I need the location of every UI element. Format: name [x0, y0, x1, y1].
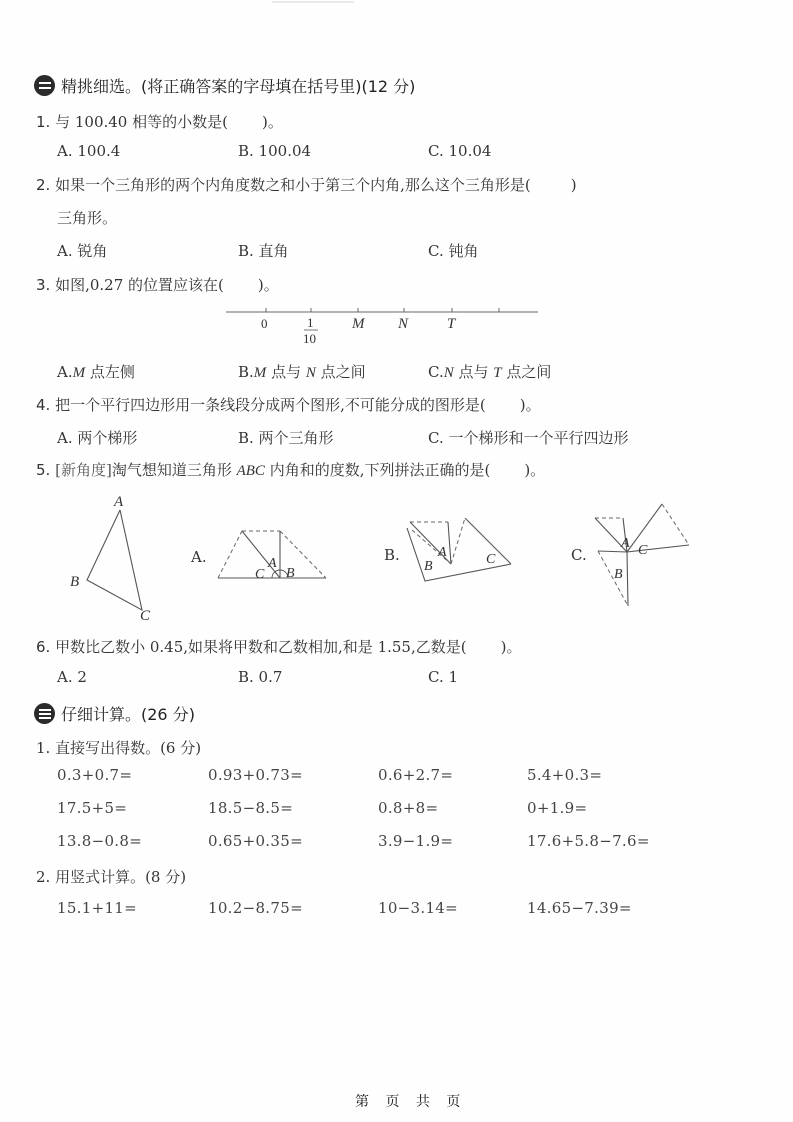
question-6: 6. 甲数比乙数小 0.45,如果将甲数和乙数相加,和是 1.55,乙数是()。	[36, 636, 521, 657]
q6-option-a[interactable]: A. 2	[57, 668, 87, 686]
section-2-title: 精挑细选。(将正确答案的字母填在括号里)(12 分)	[61, 74, 415, 97]
q5-option-b-figure[interactable]: A B C	[400, 518, 520, 588]
q5-option-c-figure[interactable]: A C B	[590, 500, 700, 610]
subsection-2-title: 2. 用竖式计算。(8 分)	[36, 866, 186, 887]
point-label-n: N	[397, 316, 409, 332]
tick-label-0: 0	[261, 316, 268, 331]
q5-option-b-label[interactable]: B.	[384, 546, 400, 564]
question-2-text: 如果一个三角形的两个内角度数之和小于第三个内角,那么这个三角形是(	[55, 176, 531, 194]
calc-r1-c2[interactable]: 0.93+0.73=	[208, 766, 303, 784]
q5-option-c-label[interactable]: C.	[571, 546, 587, 564]
svg-text:B: B	[286, 566, 295, 581]
point-label-t: T	[447, 316, 457, 332]
vertical-calc-2[interactable]: 10.2−8.75=	[208, 899, 303, 917]
svg-text:A: A	[267, 556, 277, 571]
page-footer: 第 页 共 页	[355, 1091, 466, 1111]
question-3: 3. 如图,0.27 的位置应该在()。	[36, 274, 279, 295]
vertex-label-a: A	[113, 494, 124, 510]
svg-text:B: B	[424, 559, 433, 574]
scan-artifact-line	[272, 1, 354, 3]
new-angle-tag: [新角度]	[55, 461, 112, 479]
calc-r1-c3[interactable]: 0.6+2.7=	[378, 766, 453, 784]
subsection-1-title: 1. 直接写出得数。(6 分)	[36, 737, 201, 758]
question-1-text: 与 100.40 相等的小数是(	[55, 113, 228, 131]
vertical-calc-3[interactable]: 10−3.14=	[378, 899, 458, 917]
calc-r2-c4[interactable]: 0+1.9=	[527, 799, 587, 817]
calc-r2-c1[interactable]: 17.5+5=	[57, 799, 127, 817]
point-label-m: M	[351, 316, 366, 332]
vertex-label-c: C	[140, 608, 151, 624]
q1-option-a[interactable]: A. 100.4	[57, 142, 120, 160]
section-2-heading: 精挑细选。(将正确答案的字母填在括号里)(12 分)	[34, 74, 415, 97]
q6-option-c[interactable]: C. 1	[428, 668, 458, 686]
calc-r3-c3[interactable]: 3.9−1.9=	[378, 832, 453, 850]
svg-text:C: C	[638, 543, 648, 558]
calc-r2-c3[interactable]: 0.8+8=	[378, 799, 438, 817]
question-2: 2. 如果一个三角形的两个内角度数之和小于第三个内角,那么这个三角形是()	[36, 174, 577, 195]
q5-option-a-figure[interactable]: A C B	[210, 525, 335, 585]
calc-r3-c4[interactable]: 17.6+5.8−7.6=	[527, 832, 650, 850]
q4-option-a[interactable]: A. 两个梯形	[57, 427, 137, 448]
vertex-label-b: B	[70, 574, 79, 590]
section-3-heading: 仔细计算。(26 分)	[34, 702, 195, 725]
vertical-calc-1[interactable]: 15.1+11=	[57, 899, 137, 917]
calc-r3-c2[interactable]: 0.65+0.35=	[208, 832, 303, 850]
q6-option-b[interactable]: B. 0.7	[238, 668, 282, 686]
calc-r1-c4[interactable]: 5.4+0.3=	[527, 766, 602, 784]
section-3-badge-icon	[34, 703, 55, 724]
svg-text:C: C	[255, 567, 265, 582]
q3-option-a[interactable]: A.M 点左侧	[57, 361, 135, 382]
svg-text:A: A	[437, 545, 447, 560]
svg-text:B: B	[614, 567, 623, 582]
question-6-text: 甲数比乙数小 0.45,如果将甲数和乙数相加,和是 1.55,乙数是(	[55, 638, 467, 656]
calc-r2-c2[interactable]: 18.5−8.5=	[208, 799, 293, 817]
vertical-calc-4[interactable]: 14.65−7.39=	[527, 899, 632, 917]
calc-r1-c1[interactable]: 0.3+0.7=	[57, 766, 132, 784]
q2-option-b[interactable]: B. 直角	[238, 240, 289, 261]
question-5: 5. [新角度]淘气想知道三角形 ABC 内角和的度数,下列拼法正确的是()。	[36, 459, 545, 480]
triangle-abc-figure: A B C	[60, 488, 170, 628]
tick-label-fraction-num: 1	[307, 315, 314, 330]
section-2-badge-icon	[34, 75, 55, 96]
number-line-figure: 0 1 10 M N T	[220, 298, 550, 348]
q2-option-a[interactable]: A. 锐角	[57, 240, 107, 261]
question-2-line2: 三角形。	[57, 207, 117, 228]
q1-option-c[interactable]: C. 10.04	[428, 142, 491, 160]
svg-text:C: C	[486, 552, 496, 567]
svg-text:A: A	[620, 536, 630, 551]
q3-option-c[interactable]: C.N 点与 T 点之间	[428, 361, 551, 382]
question-4: 4. 把一个平行四边形用一条线段分成两个图形,不可能分成的图形是()。	[36, 394, 541, 415]
q4-option-c[interactable]: C. 一个梯形和一个平行四边形	[428, 427, 628, 448]
q4-option-b[interactable]: B. 两个三角形	[238, 427, 334, 448]
tick-label-fraction-den: 10	[303, 331, 316, 346]
question-4-text: 把一个平行四边形用一条线段分成两个图形,不可能分成的图形是(	[55, 396, 486, 414]
q5-option-a-label[interactable]: A.	[191, 548, 207, 566]
section-3-title: 仔细计算。(26 分)	[61, 702, 195, 725]
q3-option-b[interactable]: B.M 点与 N 点之间	[238, 361, 366, 382]
q2-option-c[interactable]: C. 钝角	[428, 240, 478, 261]
question-1: 1. 与 100.40 相等的小数是()。	[36, 111, 283, 132]
q1-option-b[interactable]: B. 100.04	[238, 142, 311, 160]
calc-r3-c1[interactable]: 13.8−0.8=	[57, 832, 142, 850]
question-3-text: 如图,0.27 的位置应该在(	[55, 276, 224, 294]
